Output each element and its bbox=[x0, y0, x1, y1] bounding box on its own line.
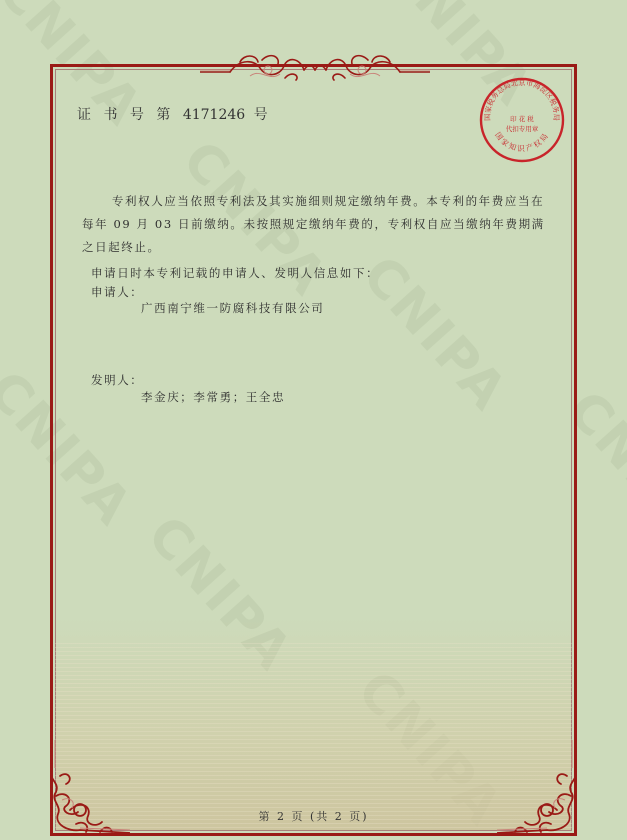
seal-bottom-text: 国家知识产权局 bbox=[493, 130, 551, 153]
annual-fee-notice: 专利权人应当依照专利法及其实施细则规定缴纳年费。本专利的年费应当在每年 09 月… bbox=[82, 190, 552, 259]
applicant-label: 申请人： bbox=[91, 284, 143, 300]
official-seal-icon: 国家税务总局北京市海淀区税务局 印 花 税 代扣专用章 国家知识产权局 bbox=[478, 76, 566, 164]
guilloche-pattern bbox=[55, 640, 572, 830]
top-ornament-icon bbox=[200, 48, 430, 84]
applicant-name: 广西南宁维一防腐科技有限公司 bbox=[141, 300, 324, 316]
certificate-number: 证 书 号 第 4171246 号 bbox=[77, 104, 272, 124]
inventor-label: 发明人： bbox=[91, 372, 143, 388]
corner-ornament-icon bbox=[497, 740, 587, 840]
corner-ornament-icon bbox=[40, 740, 130, 840]
seal-center-line1: 印 花 税 bbox=[510, 114, 534, 123]
certificate-number-value: 4171246 bbox=[183, 107, 245, 123]
page-number: 第 2 页 (共 2 页) bbox=[0, 808, 627, 824]
inventor-names: 李金庆；李常勇；王全忠 bbox=[141, 389, 285, 405]
certificate-number-prefix: 证 书 号 第 bbox=[77, 107, 174, 123]
certificate-number-suffix: 号 bbox=[254, 107, 272, 123]
svg-text:国家知识产权局: 国家知识产权局 bbox=[493, 130, 551, 153]
info-intro: 申请日时本专利记载的申请人、发明人信息如下： bbox=[91, 265, 379, 281]
seal-center-line2: 代扣专用章 bbox=[506, 124, 539, 133]
